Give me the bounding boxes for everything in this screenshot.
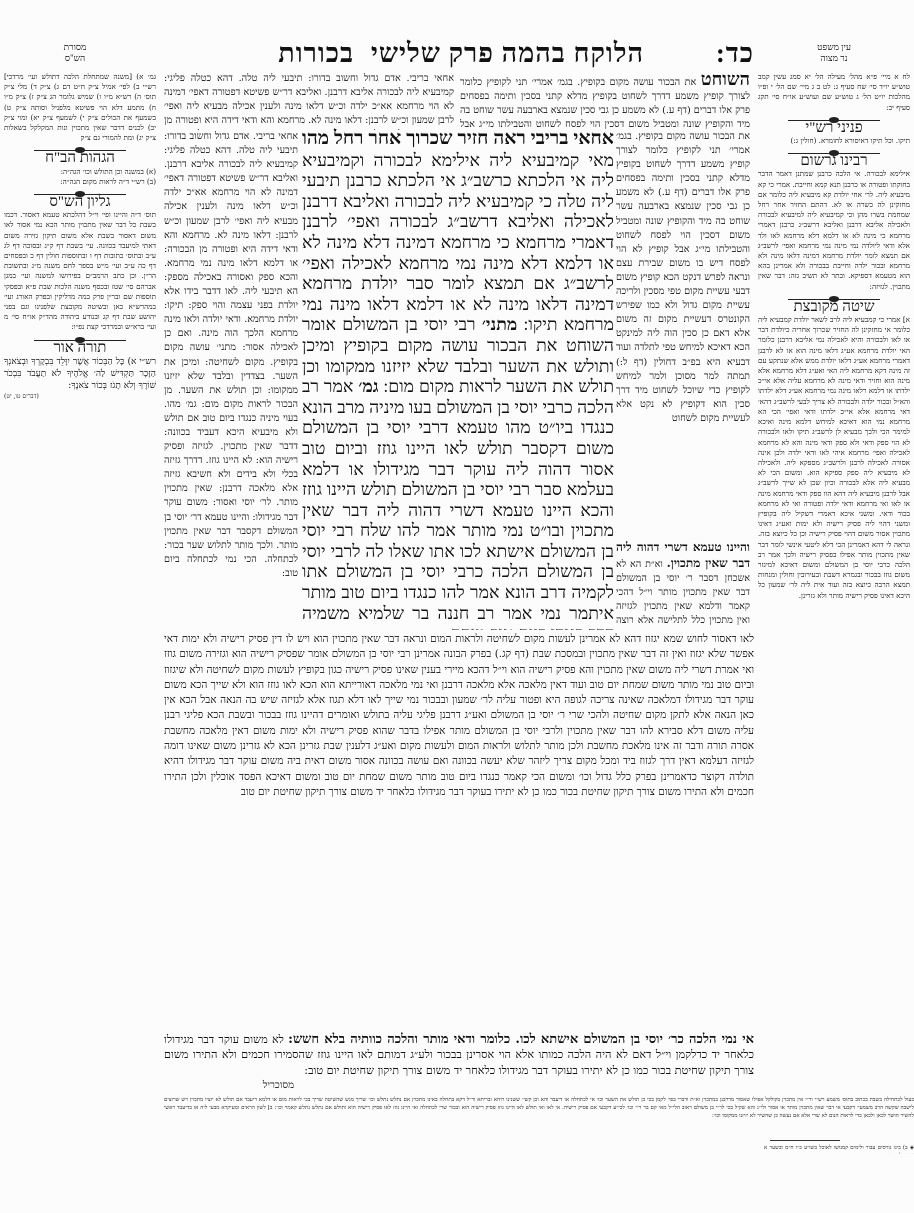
mishna-label: מתני׳ xyxy=(482,314,517,334)
tosafot-continued-text: את הבכור עושה מקום בקופיץ. בגמ׳ אמרי׳ תנ… xyxy=(616,131,750,424)
tosafot-closing: אי נמי הלכה כר׳ יוסי בן המשולם אישתא לכו… xyxy=(164,1032,754,1094)
shita-mekubetzet-title: שיטה מקובצת xyxy=(758,302,910,312)
right-margin: לח א מיי׳ פ״א מהל׳ מעילה הל׳ יא סמג עשין… xyxy=(758,72,910,1127)
gemara-label: גמ׳ xyxy=(358,376,378,396)
ornament-divider xyxy=(788,298,879,300)
footer-bottom-note: ◈ ב) בינו גורסים עבור ולימים קמנושו לאוכ… xyxy=(764,1144,914,1154)
gemara-text: מאי קמיבעיא ליה אילימא לבכורה וקמיבעיא ל… xyxy=(302,150,614,335)
masoret-label-line2: הש"ס xyxy=(40,53,110,64)
masoret-label-line1: מסורת xyxy=(40,42,110,53)
masoret-hashas-text: גמ׳ א) [משנה שמתחלת הלכה דתולש ועי׳ מרדכ… xyxy=(4,72,156,143)
footnote-rule xyxy=(770,1140,840,1141)
torah-or-title: תורה אור xyxy=(4,343,156,353)
tosafot-opening-word: השוחט xyxy=(701,72,750,89)
rashi-continued-text: אחאי בריבי. אדם גדול וחשוב בדורו: תיבעי … xyxy=(164,131,298,579)
rashi-column: אחאי בריבי. אדם גדול וחשוב בדורו: תיבעי … xyxy=(164,130,298,630)
hagahot-habach-item: (א) במשנה וכן התולש וכו׳ הגה״ה: xyxy=(4,167,156,177)
tractate-name: בכורות xyxy=(278,38,354,69)
torah-or-verse: רש״י א) כָּל הַבְּכוֹר אֲשֶׁר יִוָּלֵד ב… xyxy=(4,356,156,392)
shita-mekubetzet-text: א] אמרי כי קמבעיא ליה לרב לשאר יולדת קמב… xyxy=(758,315,910,601)
tosafot-wide-text: לאו דאסור לחוש שמא יגזוז דהא לא אמרינן ל… xyxy=(164,633,754,798)
tosafot-closing-line: אי נמי הלכה כר׳ יוסי בן המשולם אישתא לכו… xyxy=(288,1032,754,1047)
ein-mishpat-label-line2: נר מצוה xyxy=(794,53,874,64)
ornament-divider xyxy=(34,149,125,151)
hagahot-habach-title: הגהות הב"ח xyxy=(4,153,156,163)
folio-number: כד: xyxy=(716,38,754,69)
left-margin: גמ׳ א) [משנה שמתחלת הלכה דתולש ועי׳ מרדכ… xyxy=(4,72,156,592)
footer-hagahot-text: בעול לכתחילה בשבת בכתוב בתוס׳ משמע רש״י … xyxy=(164,1097,914,1119)
masoret-hashas-label: מסורת הש"ס xyxy=(40,42,110,64)
ein-mishpat-label-line1: עין משפט xyxy=(794,42,874,53)
ein-mishpat-text: לח א מיי׳ פ״א מהל׳ מעילה הל׳ יא סמג עשין… xyxy=(758,72,910,113)
tosafot-column: את הבכור עושה מקום בקופיץ. בגמ׳ אמרי׳ תנ… xyxy=(616,130,750,540)
chapter-number: פרק שלישי xyxy=(371,38,494,69)
rabbenu-gershom-title: רבינו גרשום xyxy=(758,156,910,166)
torah-or-source: (דברים טו, יט) xyxy=(4,392,156,402)
footnote-marker-icon: ◈ xyxy=(910,1145,914,1151)
gemara-lead-in: אחאי בריבי ראה חזיר שכרוך אחר רחל מהו xyxy=(302,128,614,149)
penei-rashi-title: פניני רש"י xyxy=(758,123,910,133)
gemara-column: אחאי בריבי ראה חזיר שכרוך אחר רחל מהו מא… xyxy=(302,128,614,630)
ein-mishpat-label: עין משפט נר מצוה xyxy=(794,42,874,64)
ornament-divider xyxy=(788,152,879,154)
rashi-top: אחאי בריבי. אדם גדול וחשוב בדורו: תיבעי … xyxy=(164,72,454,130)
tosafot-vehainu: והיינו טעמא דשרי דהוה ליה דבר שאין מתכוי… xyxy=(616,540,750,630)
tosafot-top: השוחט את הבכור עושה מקום בקופיץ. בגמ׳ אמ… xyxy=(460,72,750,130)
footer-hagahot: בעול לכתחילה בשבת בכתוב בתוס׳ משמע רש״י … xyxy=(164,1096,914,1136)
penei-rashi-text: תיקו. וכל תיקו דאיסורא לחומרא. (חולין ג:… xyxy=(758,136,910,146)
footer-bottom-note-text: ב) בינו גורסים עבור ולימים קמנושו לאוכל … xyxy=(764,1145,914,1154)
gilyon-hashas-text: תוס׳ ד״ה והיינו ופי׳ וי״ל דהלכתא טעמא דא… xyxy=(4,210,156,332)
ornament-divider xyxy=(788,119,879,121)
gilyon-hashas-title: גליון הש"ס xyxy=(4,197,156,207)
rashi-text: אחאי בריבי. אדם גדול וחשוב בדורו: תיבעי … xyxy=(164,73,454,130)
tosafot-wide: לאו דאסור לחוש שמא יגזוז דהא לא אמרינן ל… xyxy=(164,632,754,1032)
ornament-divider xyxy=(34,193,125,195)
hagahot-habach-item: (ב) רש״י ד״ה לראות מקום הגה״ה: xyxy=(4,177,156,187)
rabbenu-gershom-text: אילימא לבכורה. אי הלכה כרבנן שמתנן דאמר … xyxy=(758,169,910,291)
ornament-divider xyxy=(34,339,125,341)
tosafot-signature: מסוכריל xyxy=(263,1080,294,1091)
chapter-name: הלוקח בהמה xyxy=(502,38,644,69)
gemara-main-text: אמר רב הלכה כרבי יוסי בן המשולם בעו מיני… xyxy=(302,376,614,630)
